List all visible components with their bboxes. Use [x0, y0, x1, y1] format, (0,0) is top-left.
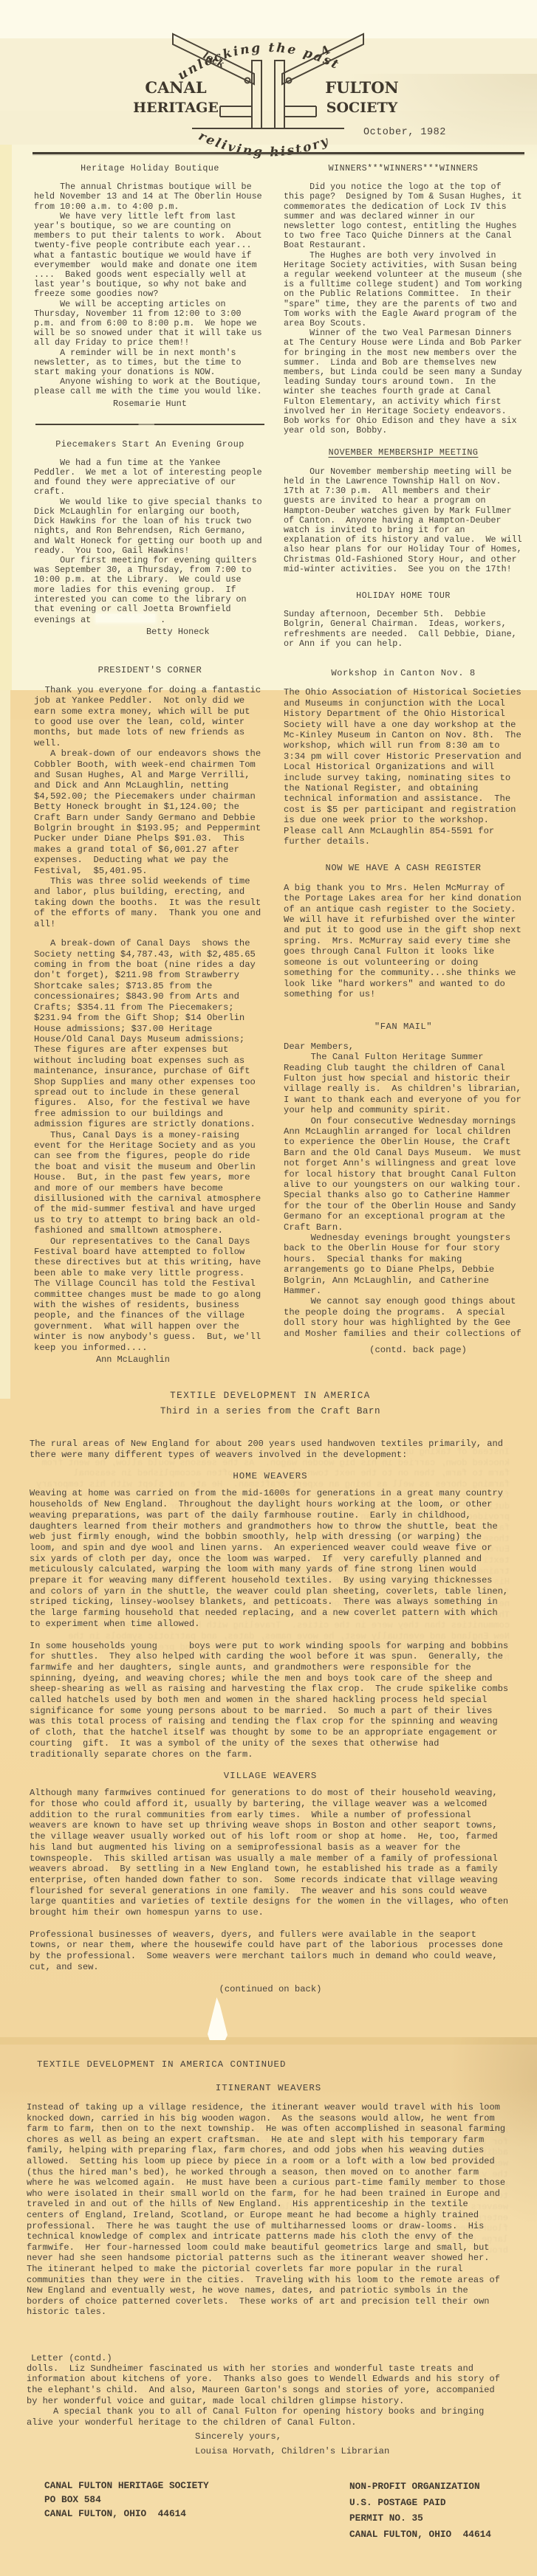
issue-date: October, 1982 [363, 127, 446, 138]
paragraph: PO BOX 584 [44, 2493, 209, 2507]
article-fan-mail: "FAN MAIL" Dear Members, The Canal Fulto… [284, 1022, 523, 1355]
paragraph: We would like to give special thanks to … [34, 497, 266, 556]
article-body: The annual Christmas boutique will be he… [34, 182, 266, 396]
paragraph: Thank you everyone for doing a fantastic… [34, 685, 266, 748]
section-heading-home-weavers: HOME WEAVERS [30, 1471, 511, 1481]
paragraph: A break-down of Canal Days shows the Soc… [34, 938, 266, 1129]
org-name-fulton: FULTON [325, 78, 398, 97]
paragraph: Our November membership meeting will be … [284, 467, 523, 574]
textile-article: TEXTILE DEVELOPMENT IN AMERICA Third in … [30, 1391, 511, 2003]
paragraph: A break-down of our endeavors shows the … [34, 748, 266, 876]
paragraph: CANAL FULTON HERITAGE SOCIETY [44, 2479, 209, 2493]
paragraph: A big thank you to Mrs. Helen McMurray o… [284, 883, 523, 999]
letter-body: dolls. Liz Sundheimer fascinated us with… [27, 2363, 510, 2428]
paragraph: Instead of taking up a village residence… [27, 2102, 510, 2318]
org-name-heritage: HERITAGE [133, 100, 219, 116]
paragraph: Professional businesses of weavers, dyer… [30, 1929, 511, 1973]
paragraph: Although many farmwives continued for ge… [30, 1788, 511, 1918]
article-title: NOW WE HAVE A CASH REGISTER [284, 863, 523, 873]
paragraph: We cannot say enough good things about t… [284, 1296, 523, 1339]
section-body: Although many farmwives continued for ge… [30, 1788, 511, 1972]
article-title: PRESIDENT'S CORNER [34, 665, 266, 675]
paragraph: Thus, Canal Days is a money-raising even… [34, 1130, 266, 1236]
paper-edge-strip [0, 690, 10, 1399]
header-rule [33, 152, 524, 154]
salutation: Dear Members, [284, 1041, 523, 1052]
article-heritage-holiday-boutique: Heritage Holiday Boutique The annual Chr… [34, 164, 266, 409]
article-title: NOVEMBER MEMBERSHIP MEETING [284, 448, 523, 458]
textile-intro: The rural areas of New England for about… [30, 1439, 511, 1460]
article-body: Thank you everyone for doing a fantastic… [34, 685, 266, 1353]
article-november-meeting: NOVEMBER MEMBERSHIP MEETING Our November… [284, 448, 523, 574]
section-heading-itinerant-weavers: ITINERANT WEAVERS [27, 2083, 510, 2093]
paragraph: Sunday afternoon, December 5th. Debbie B… [284, 610, 523, 649]
paragraph: U.S. POSTAGE PAID [349, 2495, 491, 2511]
article-body: Did you notice the logo at the top of th… [284, 182, 523, 435]
front-columns: Heritage Holiday Boutique The annual Chr… [34, 164, 523, 1380]
column-divider-rule [35, 424, 264, 425]
paragraph: CANAL FULTON, OHIO 44614 [349, 2527, 491, 2543]
paragraph: Did you notice the logo at the top of th… [284, 182, 523, 250]
letter-closing: Sincerely yours, [195, 2431, 510, 2442]
article-workshop-canton: Workshop in Canton Nov. 8 The Ohio Assoc… [284, 668, 523, 847]
paragraph: On four consecutive Wednesday mornings A… [284, 1116, 523, 1233]
paragraph: The Hughes are both very involved in Her… [284, 251, 523, 329]
paragraph: This was three solid weekends of time an… [34, 876, 266, 929]
article-body: The Canal Fulton Heritage Summer Reading… [284, 1052, 523, 1339]
paragraph: PERMIT NO. 35 [349, 2510, 491, 2527]
paragraph: In some households young boys were put t… [30, 1641, 511, 1760]
newsletter-page: Instead of taking up a village residence… [0, 0, 537, 2576]
article-body: Sunday afternoon, December 5th. Debbie B… [284, 610, 523, 649]
section-heading-village-weavers: VILLAGE WEAVERS [30, 1771, 511, 1781]
paragraph-text: . [155, 615, 165, 625]
right-column: WINNERS***WINNERS***WINNERS Did you noti… [284, 164, 523, 1380]
article-presidents-corner: PRESIDENT'S CORNER Thank you everyone fo… [34, 665, 266, 1365]
continued-note: (continued on back) [30, 1984, 511, 1994]
continued-note: (contd. back page) [313, 1345, 523, 1355]
article-title: Piecemakers Start An Evening Group [34, 440, 266, 450]
section-body: Instead of taking up a village residence… [27, 2102, 510, 2318]
paragraph [34, 929, 266, 938]
textile-continued-title: TEXTILE DEVELOPMENT IN AMERICA CONTINUED [37, 2059, 510, 2070]
paragraph: The Ohio Association of Historical Socie… [284, 687, 523, 847]
textile-title: TEXTILE DEVELOPMENT IN AMERICA [30, 1391, 511, 1401]
signature: Betty Honeck [146, 627, 266, 637]
paragraph: We had a fun time at the Yankee Peddler.… [34, 458, 266, 497]
letter-continued-label: Letter (contd.) [31, 2353, 510, 2363]
article-body: We had a fun time at the Yankee Peddler.… [34, 458, 266, 556]
paper-edge-strip [0, 145, 12, 690]
paragraph: Weaving at home was carried on from the … [30, 1488, 511, 1629]
article-title: Workshop in Canton Nov. 8 [284, 668, 523, 678]
paragraph: Our representatives to the Canal Days Fe… [34, 1236, 266, 1353]
paragraph: Winner of the two Veal Parmesan Dinners … [284, 328, 523, 435]
article-body: The Ohio Association of Historical Socie… [284, 687, 523, 847]
paragraph: CANAL FULTON, OHIO 44614 [44, 2507, 209, 2521]
org-name-society: SOCIETY [326, 100, 398, 116]
postage-permit-block: NON-PROFIT ORGANIZATIONU.S. POSTAGE PAID… [349, 2479, 491, 2542]
redacted-phone-number [96, 614, 155, 622]
article-title: "FAN MAIL" [284, 1022, 523, 1032]
paragraph: The annual Christmas boutique will be he… [34, 182, 266, 212]
signature: Ann McLaughlin [96, 1354, 266, 1365]
back-page: TEXTILE DEVELOPMENT IN AMERICA CONTINUED… [27, 2059, 510, 2457]
section-body: Weaving at home was carried on from the … [30, 1488, 511, 1760]
paragraph: A reminder will be in next month's newsl… [34, 348, 266, 378]
return-address: CANAL FULTON HERITAGE SOCIETYPO BOX 584C… [44, 2479, 209, 2521]
motto-bottom-arc: reliving history [196, 128, 332, 159]
article-body: Our November membership meeting will be … [284, 467, 523, 574]
signature: Rosemarie Hunt [34, 399, 266, 409]
article-piecemakers: Piecemakers Start An Evening Group We ha… [34, 440, 266, 638]
paragraph: A special thank you to all of Canal Fult… [27, 2406, 510, 2428]
paragraph: NON-PROFIT ORGANIZATION [349, 2479, 491, 2495]
article-winners: WINNERS***WINNERS***WINNERS Did you noti… [284, 164, 523, 435]
paragraph: We have very little left from last year'… [34, 212, 266, 300]
article-body: A big thank you to Mrs. Helen McMurray o… [284, 883, 523, 999]
org-name-canal: CANAL [145, 78, 206, 97]
paragraph: Anyone wishing to work at the Boutique, … [34, 377, 266, 396]
paragraph: dolls. Liz Sundheimer fascinated us with… [27, 2363, 510, 2406]
article-holiday-home-tour: HOLIDAY HOME TOUR Sunday afternoon, Dece… [284, 591, 523, 649]
paragraph: Our first meeting for evening quilters w… [34, 556, 266, 625]
article-cash-register: NOW WE HAVE A CASH REGISTER A big thank … [284, 863, 523, 999]
letter-signature: Louisa Horvath, Children's Librarian [195, 2446, 510, 2457]
article-title: Heritage Holiday Boutique [34, 164, 266, 173]
paragraph: Wednesday evenings brought youngsters ba… [284, 1233, 523, 1296]
article-title: HOLIDAY HOME TOUR [284, 591, 523, 601]
article-title: WINNERS***WINNERS***WINNERS [284, 164, 523, 173]
textile-subtitle: Third in a series from the Craft Barn [30, 1406, 511, 1416]
paragraph: The Canal Fulton Heritage Summer Reading… [284, 1052, 523, 1115]
paragraph: We will be accepting articles on Thursda… [34, 300, 266, 348]
left-column: Heritage Holiday Boutique The annual Chr… [34, 164, 266, 1380]
